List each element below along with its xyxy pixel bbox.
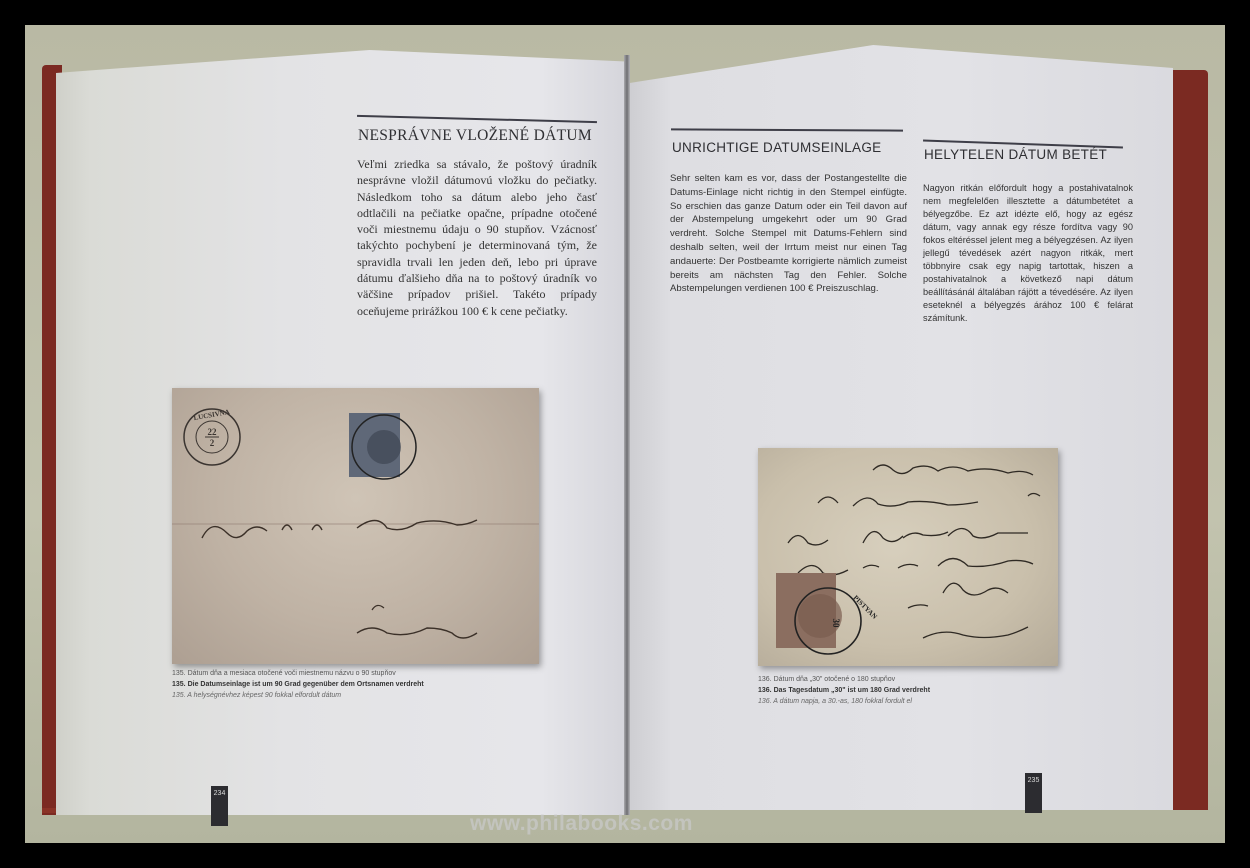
watermark: www.philabooks.com: [470, 812, 693, 836]
book-gutter: [624, 55, 630, 815]
svg-text:2: 2: [210, 438, 215, 448]
caption-136-sk: 136. Dátum dňa „30" otočené o 180 stupňo…: [758, 676, 895, 683]
letter-136-drawing: 30 PISTYAN: [758, 448, 1058, 666]
letter-135-drawing: 22 2 LUCSIVNA: [172, 388, 539, 664]
caption-135: 135. Dátum dňa a mesiaca otočené voči mi…: [172, 668, 424, 701]
body-text-de: Sehr selten kam es vor, dass der Postang…: [670, 172, 907, 296]
svg-text:PISTYAN: PISTYAN: [852, 594, 879, 621]
stamp-brown: 30 PISTYAN: [776, 573, 879, 654]
heading-sk: NESPRÁVNE VLOŽENÉ DÁTUM: [358, 127, 592, 145]
page-number-left: 234: [211, 786, 228, 826]
stamp-blue: [349, 413, 416, 479]
caption-136-de: 136. Das Tagesdatum „30" ist um 180 Grad…: [758, 687, 930, 694]
letter-figure-135: 22 2 LUCSIVNA: [172, 388, 539, 664]
svg-text:22: 22: [208, 427, 218, 437]
heading-de: UNRICHTIGE DATUMSEINLAGE: [672, 140, 881, 155]
body-text-sk: Veľmi zriedka sa stávalo, že poštový úra…: [357, 156, 597, 319]
caption-136-hu: 136. A dátum napja, a 30.-as, 180 fokkal…: [758, 698, 912, 705]
caption-135-de: 135. Die Datumseinlage ist um 90 Grad ge…: [172, 681, 424, 688]
page-number-right: 235: [1025, 773, 1042, 813]
letter-figure-136: 30 PISTYAN: [758, 448, 1058, 666]
heading-hu: HELYTELEN DÁTUM BETÉT: [924, 147, 1107, 162]
caption-135-hu: 135. A helységnévhez képest 90 fokkal el…: [172, 692, 341, 699]
caption-135-sk: 135. Dátum dňa a mesiaca otočené voči mi…: [172, 670, 396, 677]
body-text-hu: Nagyon ritkán előfordult hogy a postahiv…: [923, 182, 1133, 325]
postmark-lucsivna: 22 2 LUCSIVNA: [184, 408, 240, 465]
caption-136: 136. Dátum dňa „30" otočené o 180 stupňo…: [758, 674, 930, 707]
svg-text:LUCSIVNA: LUCSIVNA: [193, 408, 230, 422]
svg-text:30: 30: [831, 619, 841, 629]
